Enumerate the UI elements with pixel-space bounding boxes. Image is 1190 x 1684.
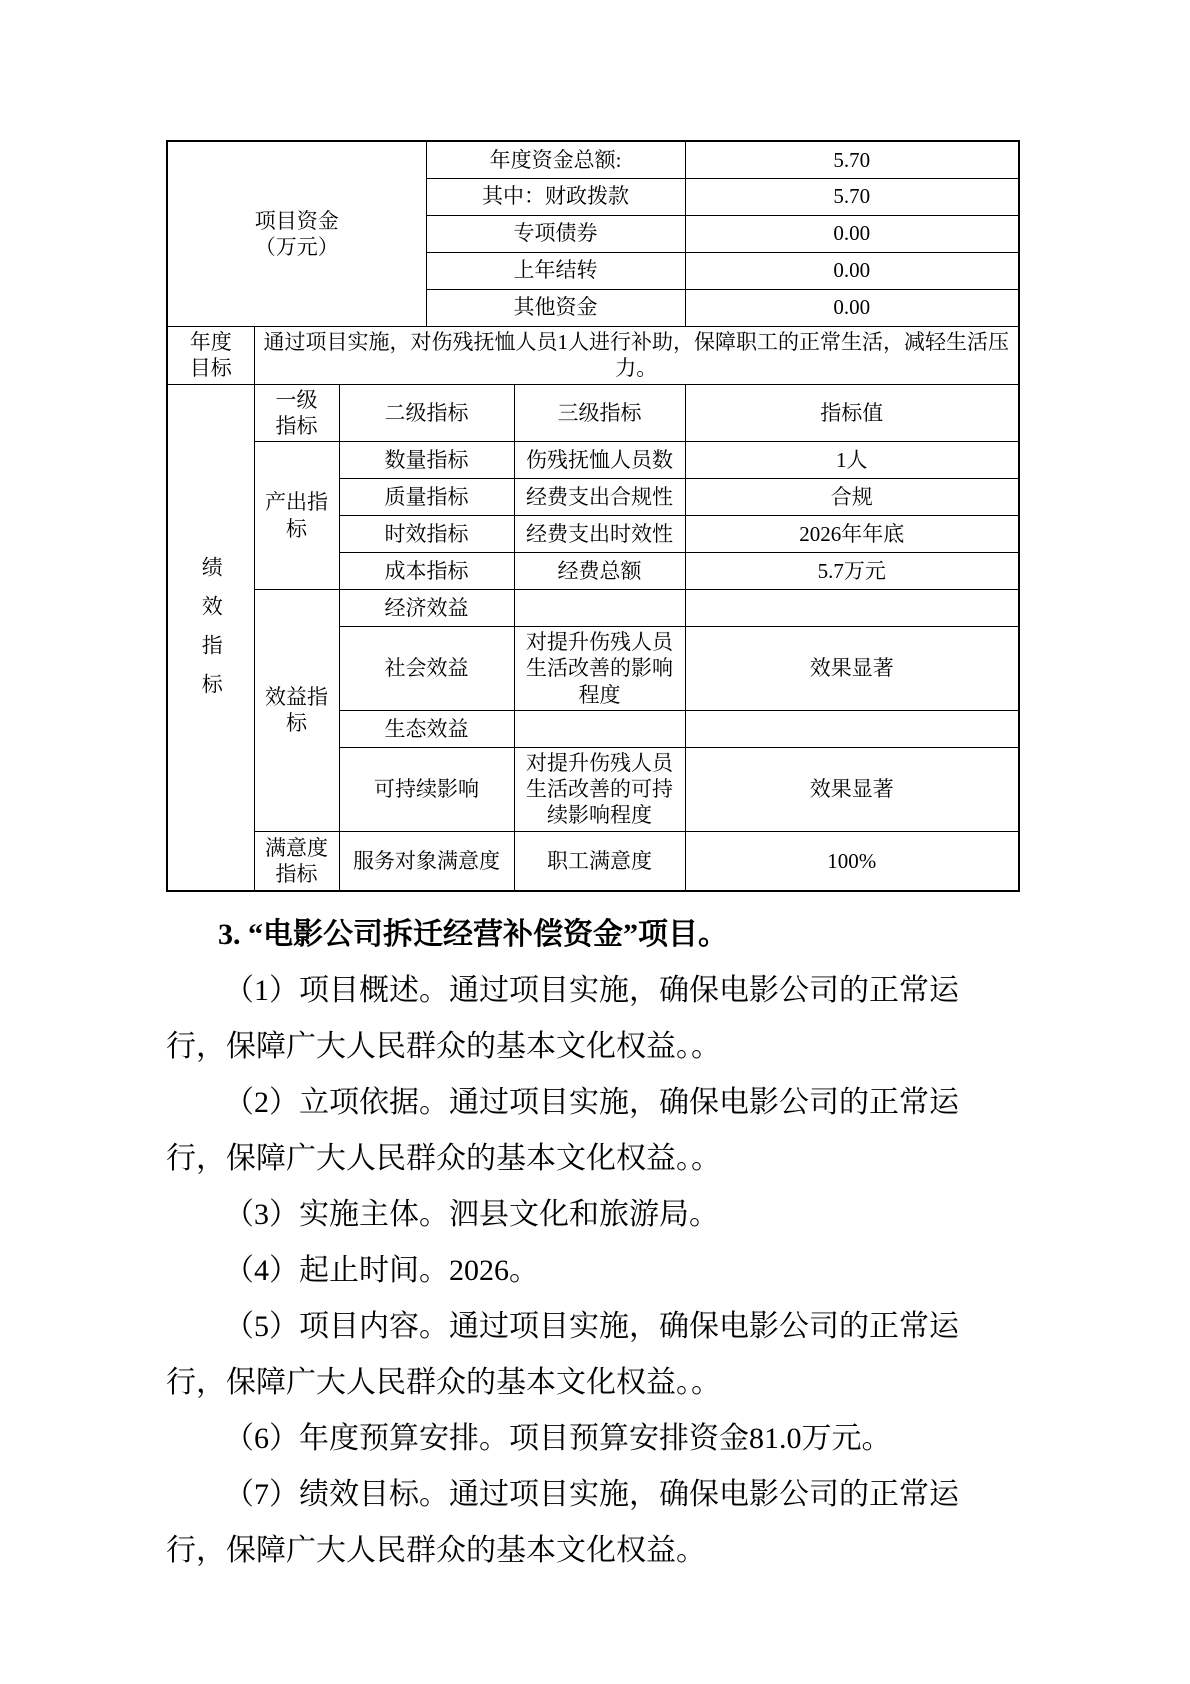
annual-goal-label-line1: 年度 <box>170 329 252 355</box>
funding-label: 专项债券 <box>426 215 685 252</box>
header-value-cell: 指标值 <box>685 384 1019 442</box>
value-cell: 合规 <box>685 479 1019 516</box>
satisfaction-group-label: 满意度指标 <box>254 831 339 891</box>
funding-group-label-cell: 项目资金 （万元） <box>167 141 426 326</box>
funding-label: 年度资金总额: <box>426 141 685 178</box>
level3-cell: 对提升伤残人员生活改善的可持续影响程度 <box>514 747 685 831</box>
performance-header-row: 绩效指标 一级 指标 二级指标 三级指标 指标值 <box>167 384 1019 442</box>
header-level1-cell: 一级 指标 <box>254 384 339 442</box>
performance-row: 效益指标 经济效益 <box>167 590 1019 627</box>
annual-goal-label-cell: 年度 目标 <box>167 326 254 384</box>
header-level1-line1: 一级 <box>257 387 337 413</box>
value-cell: 100% <box>685 831 1019 891</box>
level2-cell: 时效指标 <box>339 516 514 553</box>
performance-row: 产出指标 数量指标 伤残抚恤人员数 1人 <box>167 442 1019 479</box>
document-page: 项目资金 （万元） 年度资金总额: 5.70 其中：财政拨款 5.70 专项债券… <box>0 0 1190 1684</box>
annual-goal-content: 通过项目实施，对伤残抚恤人员1人进行补助，保障职工的正常生活，减轻生活压力。 <box>254 326 1019 384</box>
paragraph-5: （5）项目内容。通过项目实施，确保电影公司的正常运行，保障广大人民群众的基本文化… <box>166 1299 978 1411</box>
funding-row: 项目资金 （万元） 年度资金总额: 5.70 <box>167 141 1019 178</box>
paragraph-1: （1）项目概述。通过项目实施，确保电影公司的正常运行，保障广大人民群众的基本文化… <box>166 963 978 1075</box>
funding-value: 0.00 <box>685 289 1019 326</box>
level3-cell: 经费支出时效性 <box>514 516 685 553</box>
level3-cell: 经费总额 <box>514 553 685 590</box>
funding-value: 0.00 <box>685 215 1019 252</box>
value-cell: 效果显著 <box>685 627 1019 711</box>
funding-value: 5.70 <box>685 141 1019 178</box>
header-level3-cell: 三级指标 <box>514 384 685 442</box>
level2-cell: 生态效益 <box>339 710 514 747</box>
level3-cell: 经费支出合规性 <box>514 479 685 516</box>
level2-cell: 成本指标 <box>339 553 514 590</box>
performance-side-label: 绩效指标 <box>200 556 221 712</box>
funding-label: 其他资金 <box>426 289 685 326</box>
level3-cell: 对提升伤残人员生活改善的影响程度 <box>514 627 685 711</box>
paragraph-7: （7）绩效目标。通过项目实施，确保电影公司的正常运行，保障广大人民群众的基本文化… <box>166 1467 978 1579</box>
funding-group-label-line2: （万元） <box>170 234 424 260</box>
funding-label: 其中：财政拨款 <box>426 178 685 215</box>
level3-cell: 伤残抚恤人员数 <box>514 442 685 479</box>
paragraph-4: （4）起止时间。2026。 <box>166 1243 978 1299</box>
level2-cell: 社会效益 <box>339 627 514 711</box>
value-cell: 效果显著 <box>685 747 1019 831</box>
level3-cell: 职工满意度 <box>514 831 685 891</box>
value-cell: 1人 <box>685 442 1019 479</box>
level3-cell <box>514 590 685 627</box>
paragraph-3: （3）实施主体。泗县文化和旅游局。 <box>166 1187 978 1243</box>
level3-cell <box>514 710 685 747</box>
header-level1-line2: 指标 <box>257 413 337 439</box>
value-cell: 2026年年底 <box>685 516 1019 553</box>
performance-row: 满意度指标 服务对象满意度 职工满意度 100% <box>167 831 1019 891</box>
performance-side-label-cell: 绩效指标 <box>167 384 254 891</box>
value-cell <box>685 590 1019 627</box>
level2-cell: 数量指标 <box>339 442 514 479</box>
section-heading: 3. “电影公司拆迁经营补偿资金”项目。 <box>166 907 978 963</box>
funding-label: 上年结转 <box>426 252 685 289</box>
paragraph-2: （2）立项依据。通过项目实施，确保电影公司的正常运行，保障广大人民群众的基本文化… <box>166 1075 978 1187</box>
value-cell: 5.7万元 <box>685 553 1019 590</box>
paragraph-6: （6）年度预算安排。项目预算安排资金81.0万元。 <box>166 1411 978 1467</box>
output-group-label: 产出指标 <box>254 442 339 590</box>
annual-goal-label-line2: 目标 <box>170 355 252 381</box>
level2-cell: 可持续影响 <box>339 747 514 831</box>
header-level2-cell: 二级指标 <box>339 384 514 442</box>
funding-value: 5.70 <box>685 178 1019 215</box>
funding-group-label-line1: 项目资金 <box>170 208 424 234</box>
level2-cell: 服务对象满意度 <box>339 831 514 891</box>
level2-cell: 质量指标 <box>339 479 514 516</box>
project-budget-performance-table: 项目资金 （万元） 年度资金总额: 5.70 其中：财政拨款 5.70 专项债券… <box>166 140 1020 892</box>
level2-cell: 经济效益 <box>339 590 514 627</box>
body-text-block: 3. “电影公司拆迁经营补偿资金”项目。 （1）项目概述。通过项目实施，确保电影… <box>166 907 978 1579</box>
funding-value: 0.00 <box>685 252 1019 289</box>
annual-goal-row: 年度 目标 通过项目实施，对伤残抚恤人员1人进行补助，保障职工的正常生活，减轻生… <box>167 326 1019 384</box>
benefit-group-label: 效益指标 <box>254 590 339 832</box>
value-cell <box>685 710 1019 747</box>
